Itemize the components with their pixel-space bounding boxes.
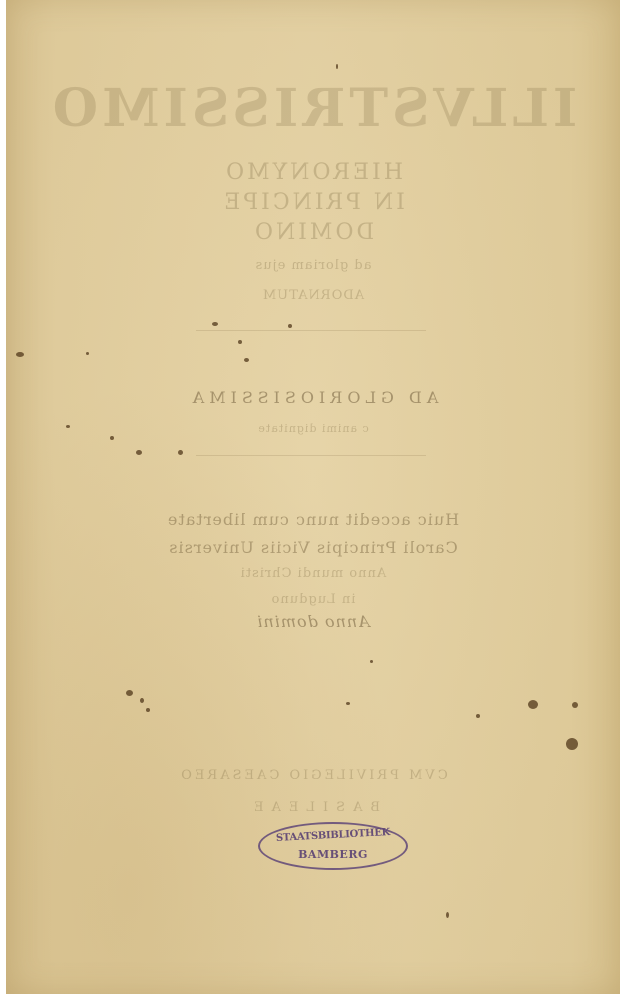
foxing-spot <box>288 324 292 328</box>
foxing-spot <box>126 690 133 696</box>
bleed-through-line: IN PRINCIPE <box>6 190 620 215</box>
bleed-through-line: HIERONYMO <box>6 160 620 185</box>
bleed-through-line: c animi dignitate <box>6 422 620 435</box>
foxing-spot <box>572 702 578 708</box>
library-stamp: STAATSBIBLIOTHEK BAMBERG <box>258 822 408 870</box>
stamp-bottom-text: BAMBERG <box>260 848 406 861</box>
foxing-spot <box>16 352 24 357</box>
bleed-through-line: CVM PRIVILEGIO CAESAREO <box>6 768 620 783</box>
bleed-through-line: Caroli Principis Viciis Universis <box>6 538 620 557</box>
foxing-spot <box>86 352 89 355</box>
foxing-spot <box>110 436 114 440</box>
bleed-through-line: ad gloriam ejus <box>6 258 620 273</box>
bleed-through-line: ADORNATUM <box>6 288 620 303</box>
foxing-spot <box>140 698 144 703</box>
foxing-spot <box>346 702 350 705</box>
divider <box>196 455 426 456</box>
bleed-through-line: Anno domini <box>6 612 620 631</box>
foxing-spot <box>238 340 242 344</box>
foxing-spot <box>566 738 578 750</box>
foxing-spot <box>370 660 373 663</box>
bleed-through-line: DOMINO <box>6 220 620 245</box>
bleed-through-line: in Lugduno <box>6 592 620 607</box>
bleed-through-line: Huic accedit nunc cum libertate <box>6 510 620 529</box>
bleed-through-line: Anno mundi Christi <box>6 566 620 581</box>
bleed-through-line: AD GLORIOSISSIMA <box>6 388 620 407</box>
foxing-spot <box>136 450 142 455</box>
book-page: ILLVSTRISSIMO HIERONYMO IN PRINCIPE DOMI… <box>6 0 620 994</box>
foxing-spot <box>336 64 338 69</box>
foxing-spot <box>446 912 449 918</box>
foxing-spot <box>212 322 218 326</box>
foxing-spot <box>178 450 183 455</box>
bleed-through-title: ILLVSTRISSIMO <box>6 78 620 139</box>
foxing-spot <box>476 714 480 718</box>
foxing-spot <box>66 425 70 428</box>
bleed-through-line: BASILEAE <box>6 800 620 815</box>
stamp-top-text: STAATSBIBLIOTHEK <box>260 826 406 845</box>
divider <box>196 330 426 331</box>
foxing-spot <box>244 358 249 362</box>
foxing-spot <box>146 708 150 712</box>
foxing-spot <box>528 700 538 709</box>
